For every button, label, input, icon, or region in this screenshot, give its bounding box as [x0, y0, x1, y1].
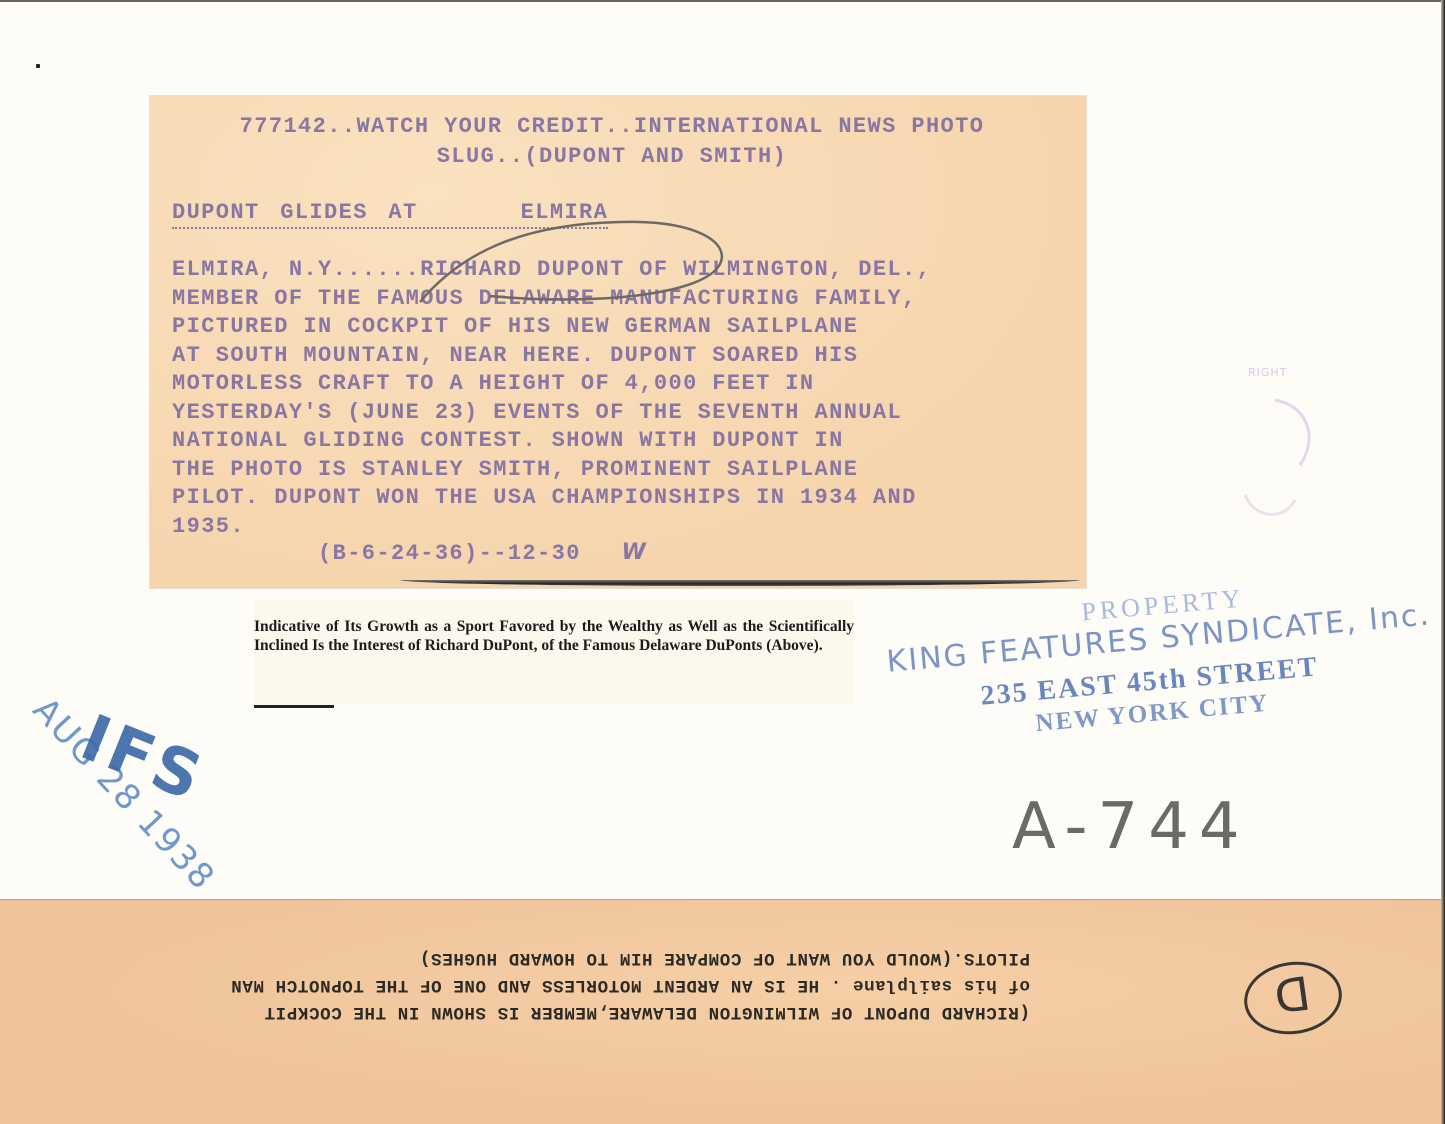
pencil-archive-number: A-744: [1012, 790, 1250, 864]
circled-letter: D: [1271, 965, 1314, 1023]
upside-down-caption: (RICHARD DUPONT OF WILMINGTON DELAWARE,M…: [170, 944, 1030, 1025]
dust-speck: [36, 64, 40, 68]
faint-crop-mark-icon: [1225, 395, 1325, 525]
slug-header-line2: SLUG..(DUPONT AND SMITH): [172, 142, 1052, 172]
card-right-edge: [1441, 0, 1445, 1124]
slug-initial-mark: W: [621, 540, 647, 565]
slug-headline: DUPONT GLIDES AT ELMIRA: [172, 200, 608, 229]
slug-header-line1: 777142..WATCH YOUR CREDIT..INTERNATIONAL…: [172, 112, 1052, 142]
circled-letter-mark: D: [1239, 956, 1346, 1041]
newspaper-clipping: Indicative of Its Growth as a Sport Favo…: [254, 600, 854, 704]
clipping-rule: [254, 705, 334, 708]
slug-body: ELMIRA, N.Y......RICHARD DUPONT OF WILMI…: [172, 256, 1072, 541]
slug-reference-code: (B-6-24-36)--12-30: [318, 541, 581, 566]
card-top-edge: [0, 0, 1445, 2]
clipping-caption: Indicative of Its Growth as a Sport Favo…: [254, 617, 854, 655]
faint-crop-note: RIGHT: [1248, 366, 1287, 379]
typed-slug-sheet: 777142..WATCH YOUR CREDIT..INTERNATIONAL…: [150, 96, 1086, 588]
upside-down-caption-strip: (RICHARD DUPONT OF WILMINGTON DELAWARE,M…: [0, 899, 1441, 1124]
slug-reference: (B-6-24-36)--12-30 W: [318, 540, 647, 566]
syndicate-ownership-stamp: PROPERTY KING FEATURES SYNDICATE, Inc. 2…: [883, 570, 1418, 805]
slug-header: 777142..WATCH YOUR CREDIT..INTERNATIONAL…: [172, 112, 1052, 172]
